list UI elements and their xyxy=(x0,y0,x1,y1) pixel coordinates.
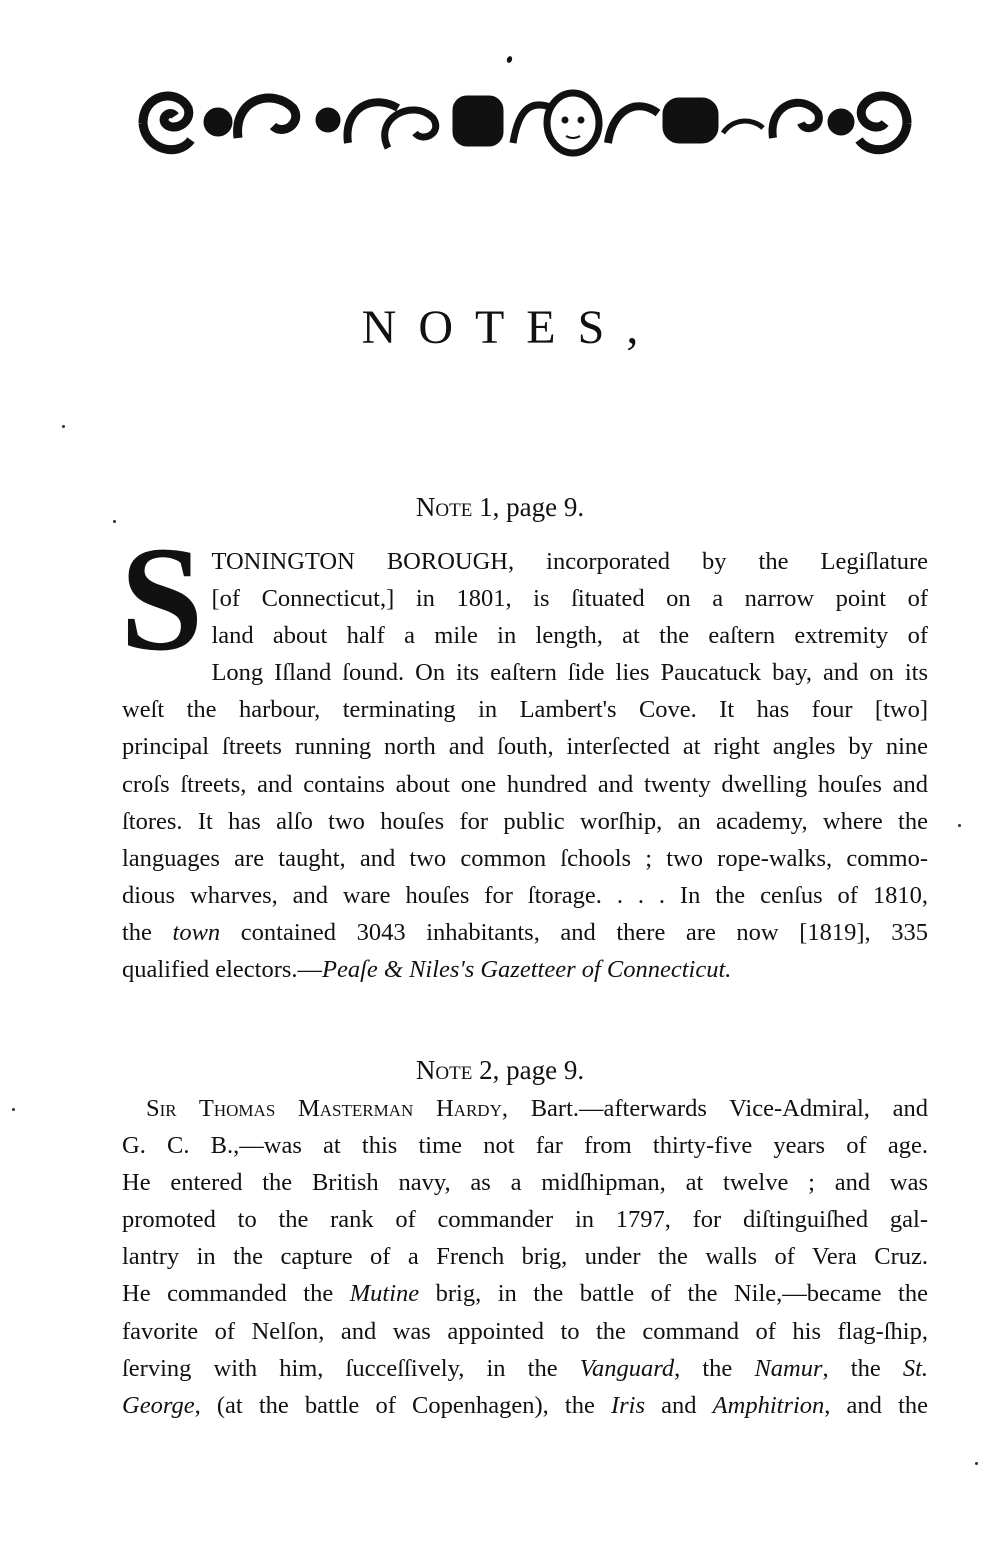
text-line: G. C. B.,—was at this time not far from … xyxy=(122,1127,928,1164)
text-run: , Bart.—afterwards Vice-Admiral, and xyxy=(502,1095,928,1122)
text-line: principal ſtreets running north and ſout… xyxy=(122,728,928,765)
italic-text: town xyxy=(173,919,221,946)
text-line: weſt the harbour, terminating in Lambert… xyxy=(122,691,928,728)
text-line: ſtores. It has alſo two houſes for publi… xyxy=(122,803,928,840)
ship-name: Amphitrion xyxy=(713,1392,825,1419)
note-reference: 1, page 9. xyxy=(472,492,584,522)
note-label: Note xyxy=(416,492,472,522)
text-run: , (at the battle of Copenhagen), the xyxy=(195,1392,611,1419)
ship-name: Iris xyxy=(611,1392,645,1419)
scroll-ornament-icon xyxy=(133,78,917,164)
note-2-heading: Note 2, page 9. xyxy=(0,1055,1000,1086)
ship-name: Namur xyxy=(754,1355,822,1382)
text-run: He commanded the xyxy=(122,1280,350,1307)
ship-name: George xyxy=(122,1392,195,1419)
citation-line: qualified electors.—Peaſe & Niles's Gaze… xyxy=(122,951,928,988)
note-2-body: Sir Thomas Masterman Hardy, Bart.—afterw… xyxy=(122,1090,928,1424)
print-speck xyxy=(506,55,513,63)
print-speck xyxy=(975,1462,978,1465)
text-line: Sir Thomas Masterman Hardy, Bart.—afterw… xyxy=(122,1090,928,1127)
text-line: the town contained 3043 inhabitants, and… xyxy=(122,914,928,951)
text-line: Long Iſland ſound. On its eaſtern ſide l… xyxy=(122,654,928,691)
person-name: Sir Thomas Masterman Hardy xyxy=(146,1095,502,1122)
text-line: promoted to the rank of commander in 179… xyxy=(122,1201,928,1238)
text-line: lantry in the capture of a French brig, … xyxy=(122,1238,928,1275)
text-line: He commanded the Mutine brig, in the bat… xyxy=(122,1275,928,1312)
text-line: ſerving with him, ſucceſſively, in the V… xyxy=(122,1350,928,1387)
text-line: favorite of Nelſon, and was appointed to… xyxy=(122,1313,928,1350)
ship-name: Vanguard xyxy=(580,1355,674,1382)
note-label: Note xyxy=(416,1055,472,1085)
text-run: qualified electors.— xyxy=(122,956,322,983)
text-run: ſerving with him, ſucceſſively, in the xyxy=(122,1355,580,1382)
text-run: and xyxy=(645,1392,713,1419)
text-line: croſs ſtreets, and contains about one hu… xyxy=(122,766,928,803)
text-run: the xyxy=(122,919,173,946)
print-speck xyxy=(958,824,961,827)
text-run: brig, in the battle of the Nile,—became … xyxy=(419,1280,928,1307)
text-run: , the xyxy=(823,1355,903,1382)
source-citation: Peaſe & Niles's Gazetteer of Connecticut… xyxy=(322,956,731,983)
ship-name: St. xyxy=(903,1355,928,1382)
text-line: TONINGTON BOROUGH, incorporated by the L… xyxy=(122,543,928,580)
text-run: , and the xyxy=(824,1392,928,1419)
text-run: , the xyxy=(674,1355,754,1382)
ship-name: Mutine xyxy=(350,1280,419,1307)
text-run: contained 3043 inhabitants, and there ar… xyxy=(220,919,928,946)
print-speck xyxy=(12,1108,15,1111)
text-line: George, (at the battle of Copenhagen), t… xyxy=(122,1387,928,1424)
text-line: land about half a mile in length, at the… xyxy=(122,617,928,654)
page-title: NOTES, xyxy=(0,300,1000,355)
print-speck xyxy=(62,425,65,428)
note-reference: 2, page 9. xyxy=(472,1055,584,1085)
text-line: languages are taught, and two common ſch… xyxy=(122,840,928,877)
drop-cap: S xyxy=(120,545,203,655)
text-line: He entered the British navy, as a midſhi… xyxy=(122,1164,928,1201)
text-line: [of Connecticut,] in 1801, is ſituated o… xyxy=(122,580,928,617)
print-speck xyxy=(113,520,116,523)
note-1-body: S TONINGTON BOROUGH, incorporated by the… xyxy=(122,543,928,988)
decorative-headpiece-ornament xyxy=(133,78,917,164)
text-line: dious wharves, and ware houſes for ſtora… xyxy=(122,877,928,914)
